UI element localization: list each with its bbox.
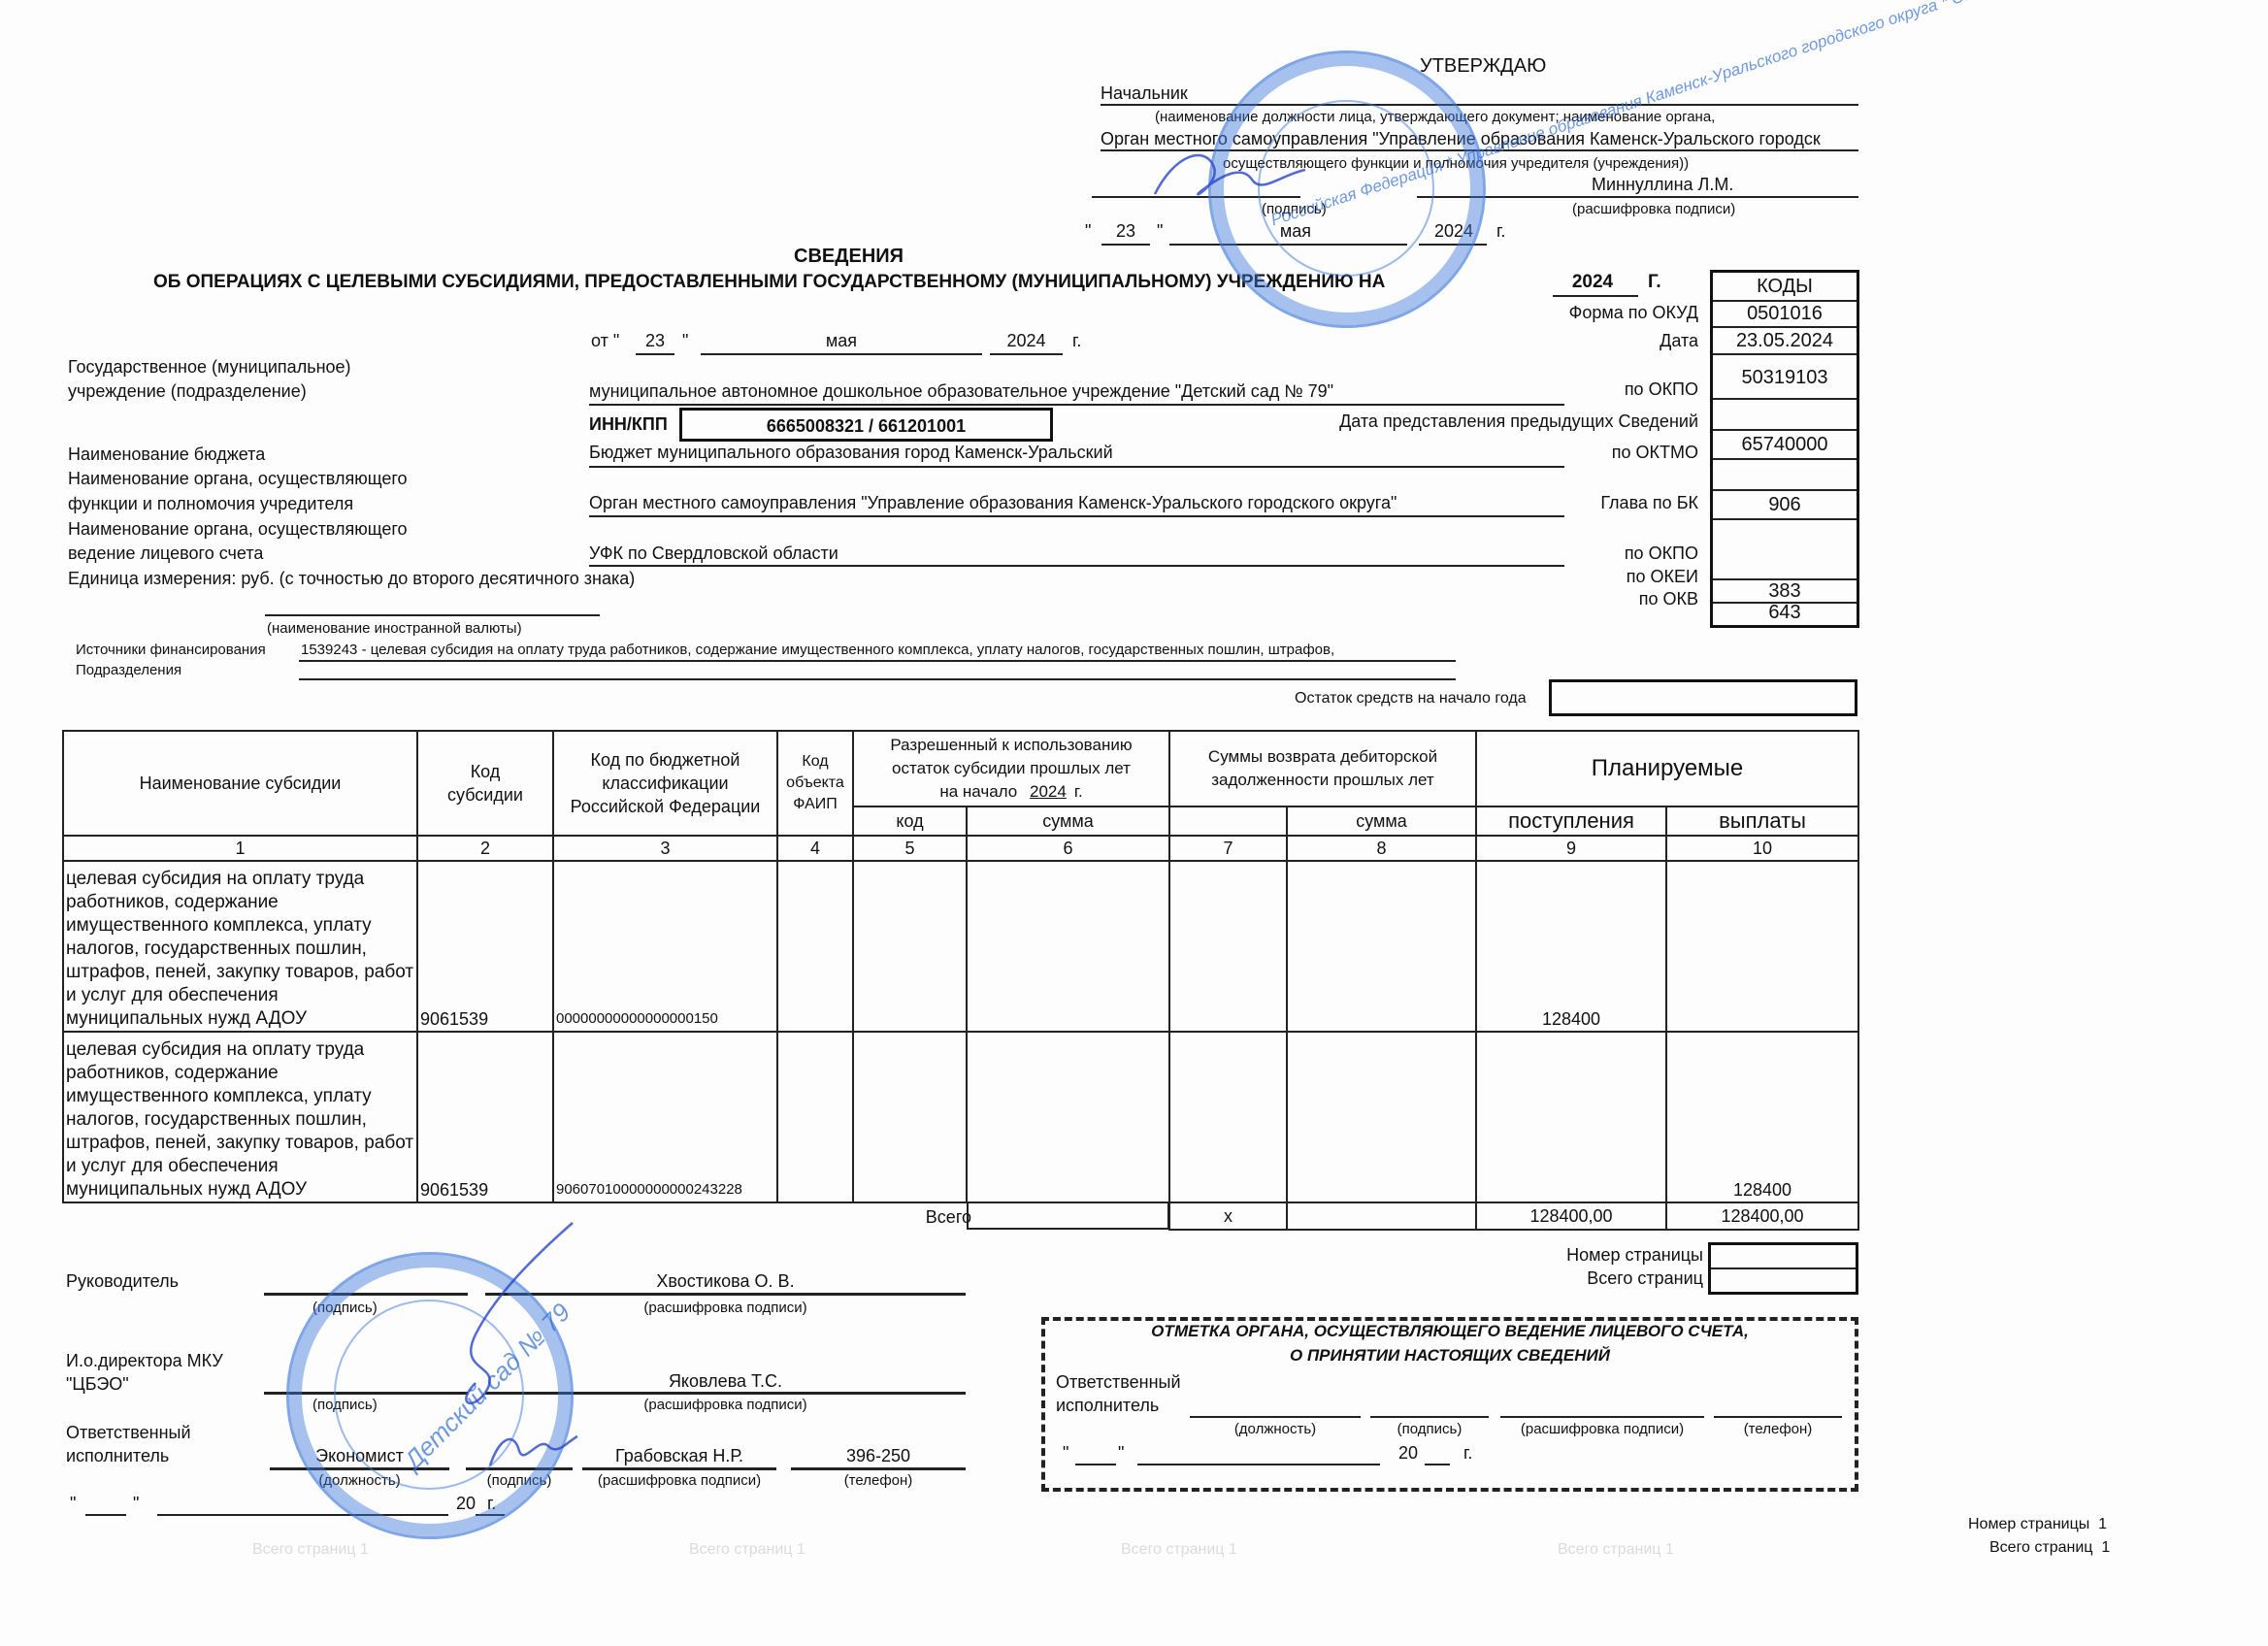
document-title: СВЕДЕНИЯ	[794, 247, 904, 266]
director-label: И.о.директора МКУ	[66, 1351, 223, 1370]
total-row: Всего x 128400,00 128400,00	[63, 1202, 1858, 1230]
budget-label: Наименование бюджета	[68, 444, 265, 464]
executor-position: Экономист	[270, 1446, 449, 1465]
executor-name: Грабовская Н.Р.	[582, 1446, 776, 1465]
code-oktmo: 65740000	[1713, 431, 1857, 460]
doc-date-month: мая	[701, 331, 982, 350]
inn-label: ИНН/КПП	[589, 414, 668, 434]
total-ret-sum	[1287, 1202, 1476, 1230]
code-empty-1	[1713, 460, 1857, 491]
institution-label: Государственное (муниципальное)	[68, 357, 351, 377]
cell-ret-sum	[1287, 861, 1476, 1032]
code-glava-bk: 906	[1713, 491, 1857, 520]
acceptance-title: ОТМЕТКА ОРГАНА, ОСУЩЕСТВЛЯЮЩЕГО ВЕДЕНИЕ …	[1041, 1322, 1858, 1341]
account-value: УФК по Свердловской области	[589, 543, 838, 563]
column-number: 3	[553, 836, 777, 861]
total-income: 128400,00	[1476, 1202, 1666, 1230]
executor-label: Ответственный	[66, 1423, 191, 1442]
header-planned: Планируемые	[1476, 731, 1858, 807]
cell-payments: 128400	[1666, 1032, 1858, 1202]
document-subtitle: ОБ ОПЕРАЦИЯХ С ЦЕЛЕВЫМИ СУБСИДИЯМИ, ПРЕД…	[153, 273, 1385, 292]
cell-faip	[777, 861, 853, 1032]
executor-date-century: 20	[456, 1494, 476, 1513]
executor-phone: 396-250	[791, 1446, 966, 1465]
founder-label: Наименование органа, осуществляющего	[68, 469, 408, 488]
doc-date-day: 23	[636, 331, 674, 350]
prev-date-label: Дата представления предыдущих Сведений	[1262, 411, 1698, 431]
header-payments: выплаты	[1666, 807, 1858, 836]
cell-payments	[1666, 861, 1858, 1032]
approval-date-day: 23	[1101, 221, 1150, 241]
approval-date-month: мая	[1184, 221, 1407, 241]
acceptance-box	[1041, 1317, 1858, 1492]
approver-position: Начальник	[1101, 83, 1188, 103]
divider	[1101, 104, 1858, 106]
cell-income: 128400	[1476, 861, 1666, 1032]
approver-name: Миннуллина Л.М.	[1592, 175, 1733, 194]
header-ret-code	[1169, 807, 1287, 836]
position-caption: (наименование должности лица, утверждающ…	[1155, 108, 1715, 127]
table-row: целевая субсидия на оплату труда работни…	[63, 861, 1858, 1032]
okpo-label: по ОКПО	[1456, 379, 1698, 399]
remainder-year: 2024	[1022, 782, 1074, 801]
cell-code: 9061539	[417, 861, 553, 1032]
column-number: 8	[1287, 836, 1476, 861]
header-rem-sum: сумма	[967, 807, 1169, 836]
okv-label: по ОКВ	[1456, 589, 1698, 609]
column-number: 9	[1476, 836, 1666, 861]
total-pages-label: Всего страниц	[1456, 1268, 1703, 1288]
column-number: 1	[63, 836, 417, 861]
cell-name: целевая субсидия на оплату труда работни…	[63, 861, 417, 1032]
header-faip: Код объекта ФАИП	[777, 731, 853, 836]
total-ret-code: x	[1169, 1202, 1287, 1230]
date-label: Дата	[1456, 331, 1698, 350]
executor-signature	[485, 1427, 582, 1475]
column-number: 4	[777, 836, 853, 861]
header-returns: Суммы возврата дебиторской задолженности…	[1169, 731, 1476, 807]
financing-value: 1539243 - целевая субсидия на оплату тру…	[301, 641, 1334, 660]
cell-ret-code	[1169, 861, 1287, 1032]
cell-faip	[777, 1032, 853, 1202]
budget-value: Бюджет муниципального образования город …	[589, 443, 1113, 462]
currency-caption: (наименование иностранной валюты)	[267, 619, 522, 639]
header-rem-code: код	[853, 807, 967, 836]
balance-label: Остаток средств на начало года	[1295, 689, 1527, 708]
header-bk-code: Код по бюджетной классификации Российско…	[553, 731, 777, 836]
cell-ret-sum	[1287, 1032, 1476, 1202]
code-okei: 383	[1713, 580, 1857, 604]
code-okud: 0501016	[1713, 302, 1857, 328]
column-number: 5	[853, 836, 967, 861]
approval-date-year: 2024	[1425, 221, 1483, 241]
okud-label: Форма по ОКУД	[1456, 303, 1698, 322]
total-rem-sum	[967, 1202, 1169, 1230]
cell-code: 9061539	[417, 1032, 553, 1202]
codes-table: КОДЫ 0501016 23.05.2024 50319103 6574000…	[1710, 270, 1859, 628]
code-okpo-2	[1713, 520, 1857, 580]
glava-bk-label: Глава по БК	[1456, 493, 1698, 512]
cell-income	[1476, 1032, 1666, 1202]
table-row: целевая субсидия на оплату труда работни…	[63, 1032, 1858, 1202]
okpo-2-label: по ОКПО	[1456, 543, 1698, 563]
cell-rem-code	[853, 1032, 967, 1202]
cell-rem-sum	[967, 861, 1169, 1032]
cell-ret-code	[1169, 1032, 1287, 1202]
code-okv: 643	[1713, 604, 1857, 625]
head-signature-caption: (подпись)	[312, 1299, 378, 1318]
page-number-box	[1708, 1242, 1858, 1295]
footer-page-number: Номер страницы 1	[1968, 1515, 2107, 1534]
code-date: 23.05.2024	[1713, 328, 1857, 355]
column-number: 2	[417, 836, 553, 861]
code-prev-date	[1713, 400, 1857, 431]
subsidies-table: Наименование субсидии Код субсидии Код п…	[62, 730, 1859, 1231]
name-caption: (расшифровка подписи)	[1572, 200, 1735, 219]
institution-value: муниципальное автономное дошкольное обра…	[589, 381, 1333, 401]
head-signature	[417, 1218, 582, 1432]
column-number: 7	[1169, 836, 1287, 861]
financing-label: Источники финансирования	[76, 641, 266, 660]
cell-rem-code	[853, 861, 967, 1032]
header-name: Наименование субсидии	[63, 731, 417, 836]
code-okpo: 50319103	[1713, 355, 1857, 400]
balance-field	[1549, 679, 1857, 716]
header-code: Код субсидии	[417, 731, 553, 836]
unit-label: Единица измерения: руб. (с точностью до …	[68, 569, 635, 588]
approver-signature	[1145, 146, 1310, 214]
codes-header: КОДЫ	[1713, 273, 1857, 302]
inn-box: 6665008321 / 661201001	[679, 408, 1053, 442]
title-year: 2024	[1559, 273, 1627, 292]
subdivision-label: Подразделения	[76, 661, 181, 680]
founder-value: Орган местного самоуправления "Управлени…	[589, 493, 1397, 512]
column-number: 10	[1666, 836, 1858, 861]
header-income: поступления	[1476, 807, 1666, 836]
footer-total-pages: Всего страниц 1	[1989, 1538, 2110, 1558]
cell-bk-code: 00000000000000000150	[553, 861, 777, 1032]
inn-value: 6665008321 / 661201001	[682, 416, 1050, 436]
cell-bk-code: 90607010000000000243228	[553, 1032, 777, 1202]
account-label: Наименование органа, осуществляющего	[68, 519, 408, 539]
page-number-label: Номер страницы	[1456, 1245, 1703, 1265]
head-label: Руководитель	[66, 1271, 179, 1291]
column-number: 6	[967, 836, 1169, 861]
cell-rem-sum	[967, 1032, 1169, 1202]
approve-label: УТВЕРЖДАЮ	[1420, 56, 1546, 76]
oktmo-label: по ОКТМО	[1456, 443, 1698, 462]
name-line	[1417, 196, 1858, 198]
total-payments: 128400,00	[1666, 1202, 1858, 1230]
header-ret-sum: сумма	[1287, 807, 1476, 836]
header-remainder: Разрешенный к использованию остаток субс…	[853, 731, 1169, 807]
okei-label: по ОКЕИ	[1456, 567, 1698, 586]
cell-name: целевая субсидия на оплату труда работни…	[63, 1032, 417, 1202]
doc-date-year: 2024	[990, 331, 1063, 350]
